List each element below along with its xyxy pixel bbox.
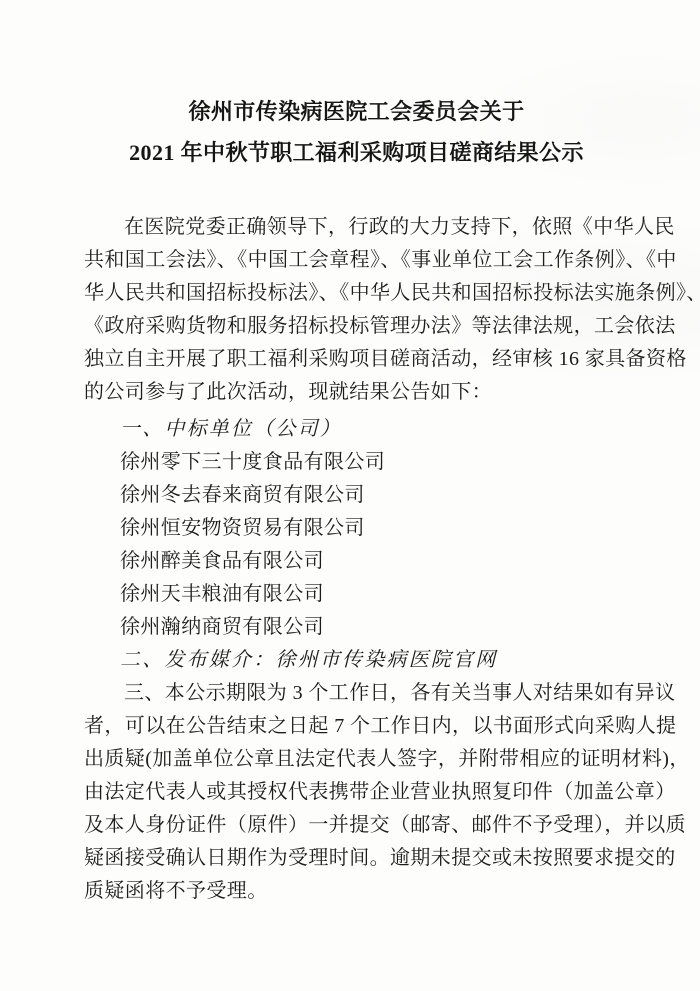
paragraph-line: 质疑函将不予受理。 [84,875,629,908]
section-heading-winning-bidders: 一、中标单位（公司） [120,413,629,446]
paragraph-line: 由法定代表人或其授权代表携带企业营业执照复印件（加盖公章） [84,776,629,809]
document-title: 徐州市传染病医院工会委员会关于 2021 年中秋节职工福利采购项目磋商结果公示 [84,91,629,173]
document-content: 徐州市传染病医院工会委员会关于 2021 年中秋节职工福利采购项目磋商结果公示 … [84,91,629,908]
paragraph-line: 在医院党委正确领导下，行政的大力支持下，依照《中华人民 [84,211,629,244]
paragraph-line: 的公司参与了此次活动，现就结果公告如下： [84,376,629,409]
paragraph-line: 独立自主开展了职工福利采购项目磋商活动，经审核 16 家具备资格 [84,343,629,376]
company-list-item: 徐州恒安物资贸易有限公司 [120,512,629,545]
section-heading-publication-media: 二、发布媒介：徐州市传染病医院官网 [120,644,629,677]
document-body: 在医院党委正确领导下，行政的大力支持下，依照《中华人民 共和国工会法》、《中国工… [84,211,629,908]
paragraph-line: 及本人身份证件（原件）一并提交（邮寄、邮件不予受理），并以质 [84,809,629,842]
paragraph-line: 出质疑(加盖单位公章且法定代表人签字，并附带相应的证明材料)， [84,743,629,776]
company-list-item: 徐州零下三十度食品有限公司 [120,446,629,479]
paragraph-line: 《政府采购货物和服务招标投标管理办法》等法律法规，工会依法 [84,310,629,343]
scanned-document-page: 徐州市传染病医院工会委员会关于 2021 年中秋节职工福利采购项目磋商结果公示 … [0,0,700,991]
paragraph-intro: 在医院党委正确领导下，行政的大力支持下，依照《中华人民 共和国工会法》、《中国工… [84,211,629,409]
paragraph-line: 疑函接受确认日期作为受理时间。逾期未提交或未按照要求提交的 [84,842,629,875]
title-line: 2021 年中秋节职工福利采购项目磋商结果公示 [84,132,629,173]
company-list-item: 徐州冬去春来商贸有限公司 [120,479,629,512]
paragraph-objection-period: 三、本公示期限为 3 个工作日，各有关当事人对结果如有异议 者，可以在公告结束之… [84,677,629,908]
title-line: 徐州市传染病医院工会委员会关于 [84,91,629,132]
company-list: 徐州零下三十度食品有限公司 徐州冬去春来商贸有限公司 徐州恒安物资贸易有限公司 … [84,446,629,644]
paragraph-line: 共和国工会法》、《中国工会章程》、《事业单位工会工作条例》、《中 [84,244,629,277]
paragraph-line: 三、本公示期限为 3 个工作日，各有关当事人对结果如有异议 [84,677,629,710]
company-list-item: 徐州天丰粮油有限公司 [120,578,629,611]
paragraph-line: 华人民共和国招标投标法》、《中华人民共和国招标投标法实施条例》、 [84,277,629,310]
company-list-item: 徐州瀚纳商贸有限公司 [120,611,629,644]
paragraph-line: 者，可以在公告结束之日起 7 个工作日内，以书面形式向采购人提 [84,710,629,743]
company-list-item: 徐州醉美食品有限公司 [120,545,629,578]
